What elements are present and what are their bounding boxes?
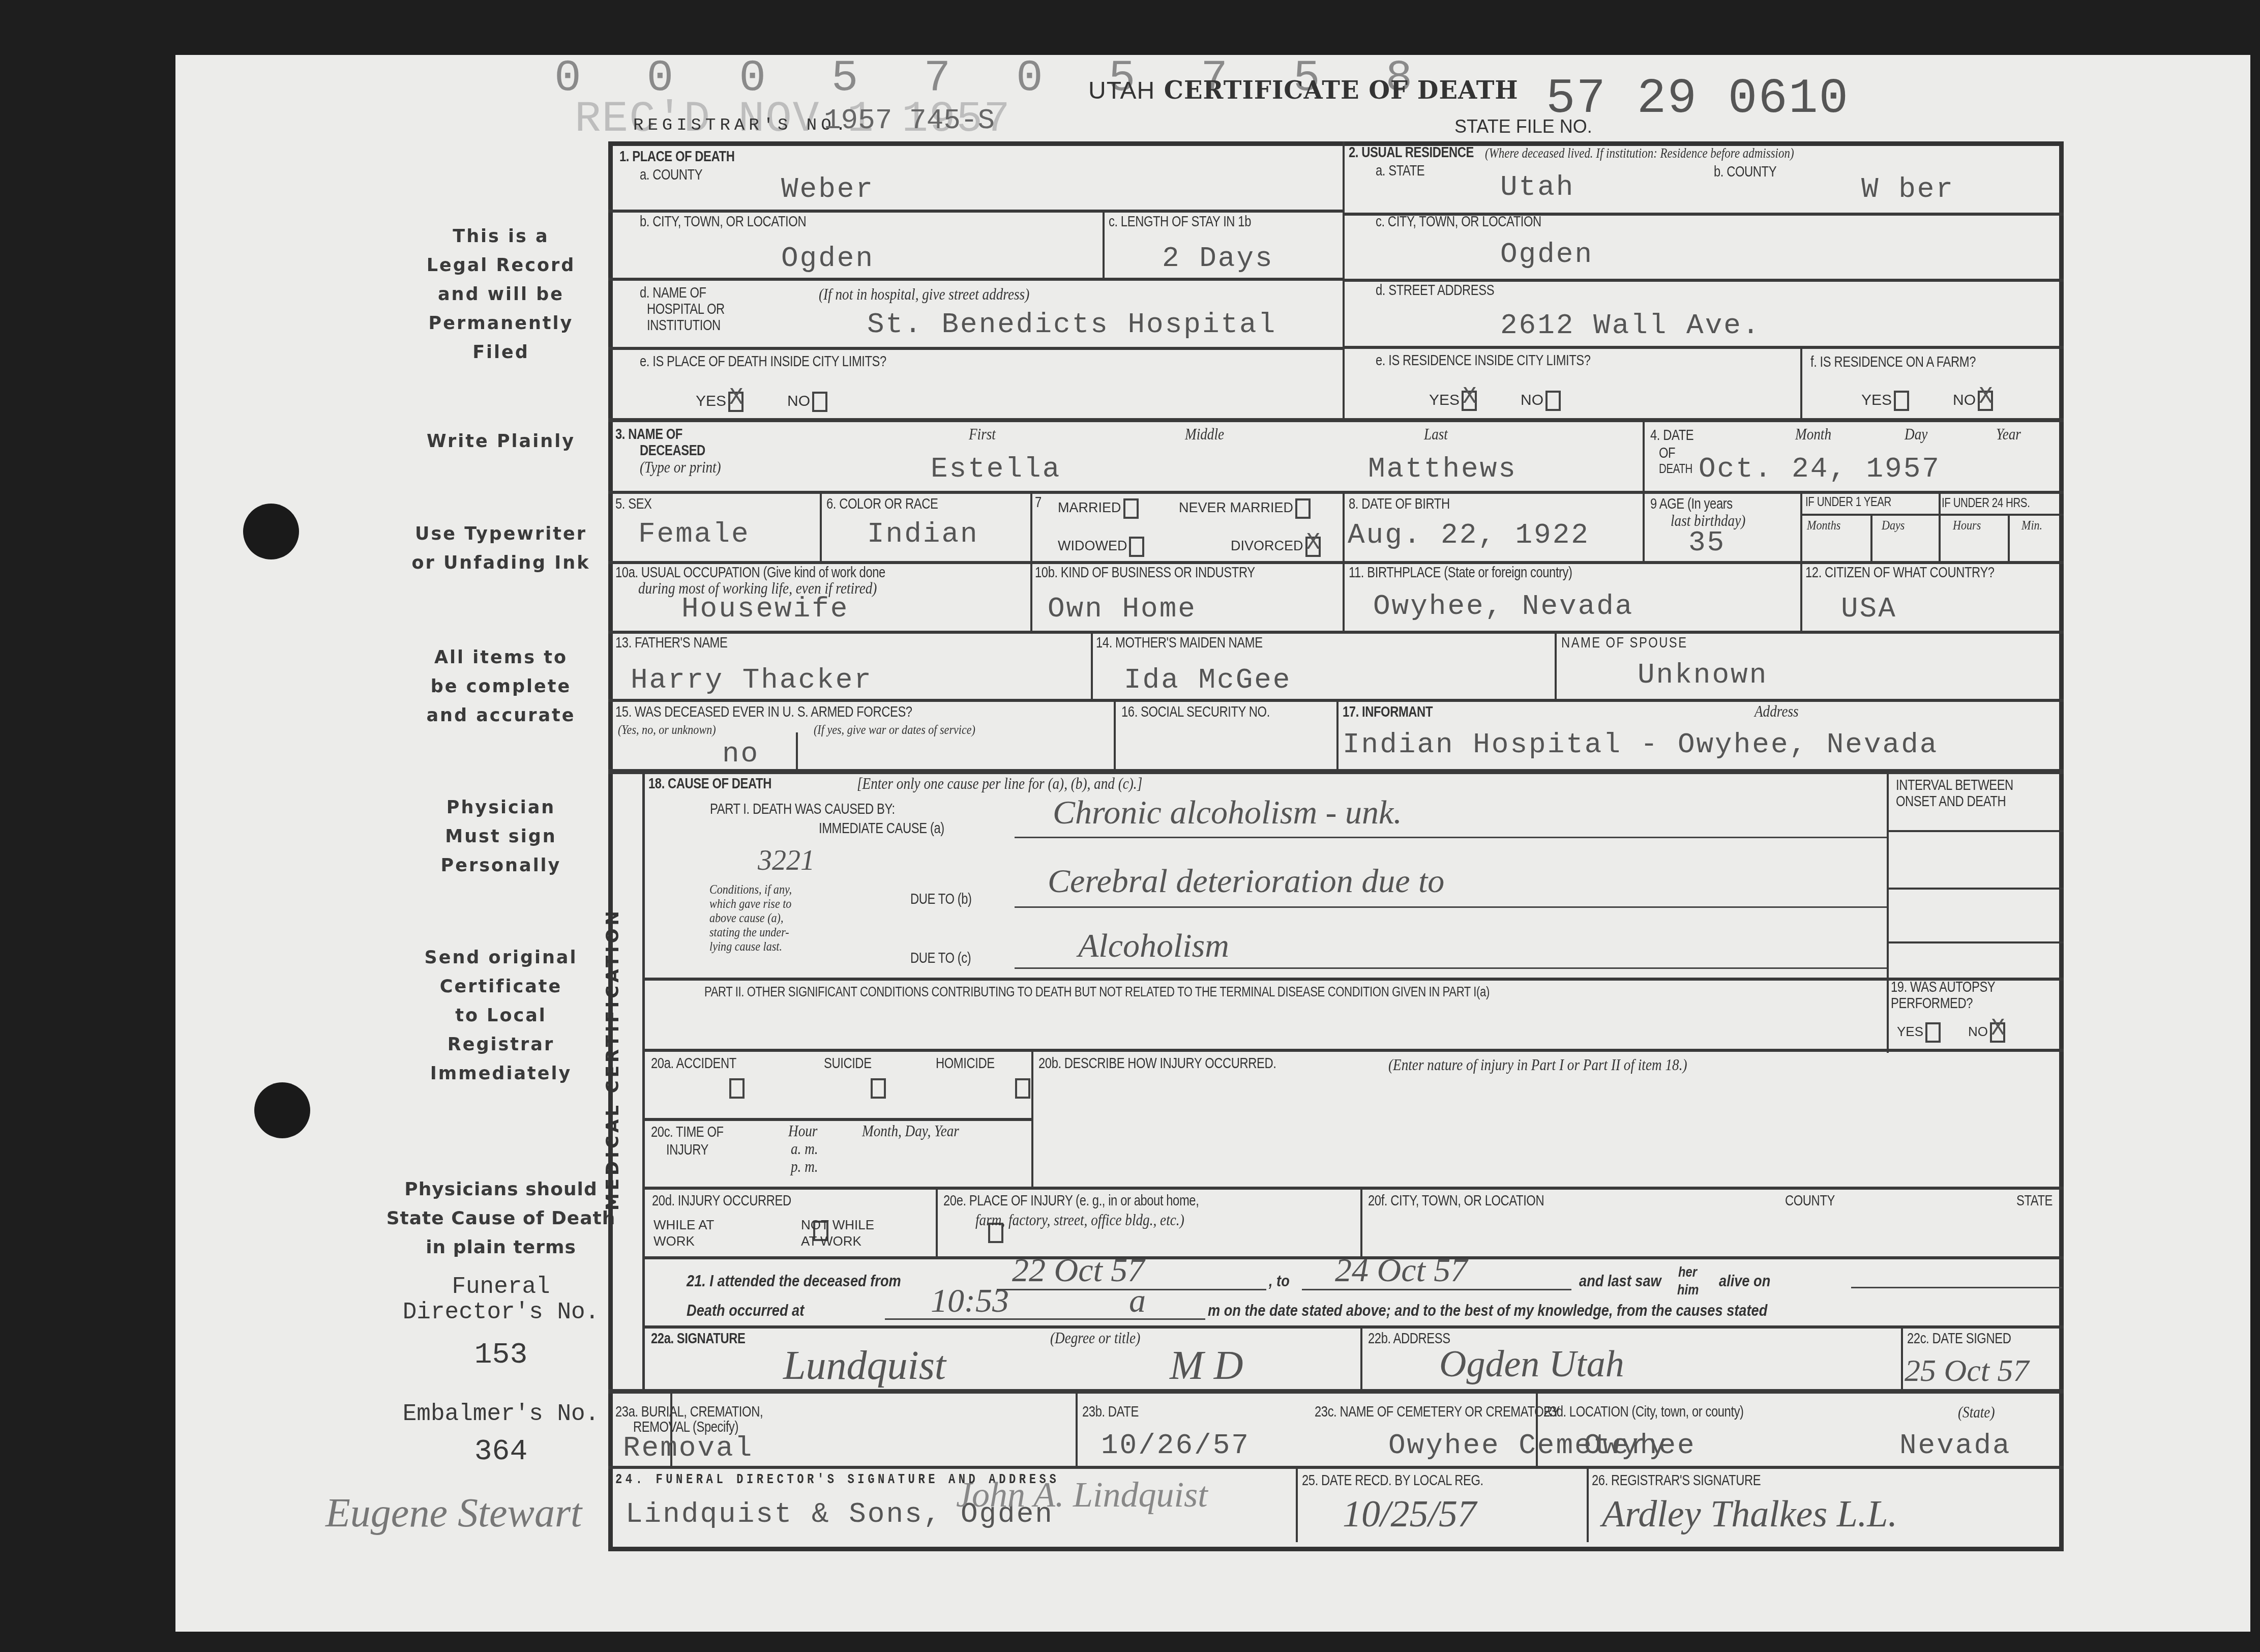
part1-label: PART I. DEATH WAS CAUSED BY: [710,801,895,818]
yes-label: YES [696,393,726,409]
divider [608,418,2064,422]
race[interactable]: Indian [867,518,979,550]
armed-forces[interactable]: no [722,737,759,770]
days-label: Days [1882,518,1905,533]
due-to-c[interactable]: Alcoholism [1078,927,1229,965]
checkbox[interactable] [1295,498,1311,519]
accident-checkbox[interactable] [729,1078,745,1099]
divider [1360,1187,1362,1258]
citizen-label: 12. CITIZEN OF WHAT COUNTRY? [1805,565,1995,581]
underline [1015,906,1887,908]
divider [1901,1325,1903,1392]
death-county[interactable]: Weber [781,173,874,205]
checkbox[interactable] [812,392,827,412]
cause-hint: [Enter only one cause per line for (a), … [857,774,1142,793]
divider [1343,279,2064,282]
informant-address-label: Address [1755,702,1799,721]
death-inside-limits-label: e. IS PLACE OF DEATH INSIDE CITY LIMITS? [640,353,886,370]
attended-from[interactable]: 22 Oct 57 [1012,1251,1144,1290]
divider [796,732,798,772]
spouse-name[interactable]: Unknown [1638,659,1768,691]
first-name[interactable]: Estella [931,453,1061,485]
checkbox[interactable] [1545,391,1561,411]
signature-label: 22a. SIGNATURE [651,1331,745,1347]
burial-state[interactable]: Nevada [1899,1429,2011,1462]
divider [2008,514,2010,562]
checkbox-checked[interactable] [1978,391,1993,411]
divorced-label: DIVORCED [1231,538,1303,553]
divider [608,347,1343,350]
divider [608,210,1343,213]
attended-to[interactable]: 24 Oct 57 [1335,1251,1467,1290]
divider [608,769,2064,774]
death-inside-limits-no[interactable]: NO [787,392,827,412]
birthplace-label: 11. BIRTHPLACE (State or foreign country… [1349,565,1572,581]
due-to-c-label: DUE TO (c) [910,950,971,967]
death-occurred-label: Death occurred at [687,1301,804,1320]
date-signed-label: 22c. DATE SIGNED [1907,1331,2011,1347]
time-of-injury-label: INJURY [666,1142,708,1159]
ssn-label: 16. SOCIAL SECURITY NO. [1121,704,1270,721]
month-label: Month [1795,425,1831,444]
armed-forces-service-hint: (If yes, give war or dates of service) [814,722,975,737]
alive-on-label: alive on [1719,1272,1770,1290]
part2-label: PART II. OTHER SIGNIFICANT CONDITIONS CO… [704,984,1490,1000]
autopsy-label: 19. WAS AUTOPSY PERFORMED? [1891,979,1995,1012]
registrar-no-label: REGISTRAR'S NO. [633,116,850,135]
state-file-label: STATE FILE NO. [1454,116,1592,137]
date-of-death-label: OF [1659,445,1675,462]
injury-county-label: COUNTY [1785,1193,1835,1209]
immediate-cause-label: IMMEDIATE CAUSE (a) [819,820,944,837]
checkbox-checked[interactable] [1305,537,1321,557]
divider [1091,631,1093,699]
date-of-death-label: 4. DATE [1650,427,1693,444]
informant[interactable]: Indian Hospital - Owyhee, Nevada [1343,728,1938,761]
married-label: MARRIED [1058,500,1121,515]
accident-label: 20a. ACCIDENT [651,1055,736,1072]
death-city[interactable]: Ogden [781,242,874,275]
divider [1643,491,1645,562]
autopsy-no[interactable]: NO [1968,1022,2005,1043]
not-while-at-work-label: NOT WHILE AT WORK [801,1217,874,1249]
death-statement: m on the date stated above; and to the b… [1208,1301,1767,1320]
divider [1643,420,1645,494]
divider [1887,772,1889,1053]
divider [1800,514,2064,516]
divider [608,561,2064,564]
residence-county-label: b. COUNTY [1714,164,1776,181]
funeral-director-signature[interactable]: John A. Lindquist [956,1475,1208,1516]
underline [1015,837,1887,838]
divider [642,1325,2064,1329]
yes-label: YES [1429,392,1460,408]
checkbox[interactable] [1925,1022,1941,1043]
sex[interactable]: Female [638,518,750,550]
time-of-injury-label: 20c. TIME OF [651,1124,724,1141]
race-label: 6. COLOR OR RACE [826,496,938,513]
death-time[interactable]: 10:53 [931,1282,1009,1320]
mother-label: 14. MOTHER'S MAIDEN NAME [1096,635,1263,652]
physician-address-label: 22b. ADDRESS [1368,1331,1450,1347]
physician-address[interactable]: Ogden Utah [1439,1343,1624,1386]
divider [1887,830,2064,832]
last-saw-label: and last saw [1579,1272,1661,1290]
farm-yes[interactable]: YES [1861,391,1909,411]
registrar-signature-label: 26. REGISTRAR'S SIGNATURE [1592,1472,1761,1489]
informant-label: 17. INFORMANT [1343,704,1433,721]
divider [1360,1325,1362,1392]
residence-city-label: c. CITY, TOWN, OR LOCATION [1376,214,1541,230]
hospital-name[interactable]: St. Benedicts Hospital [867,308,1276,341]
embalmer-signature: Eugene Stewart [325,1490,582,1537]
day-label: Day [1905,425,1927,444]
hospital-hint: (If not in hospital, give street address… [819,285,1029,304]
death-ampm[interactable]: a [1129,1282,1146,1320]
divider [1296,1466,1298,1542]
burial-date[interactable]: 10/26/57 [1101,1429,1250,1462]
date-signed[interactable]: 25 Oct 57 [1905,1353,2029,1389]
name-label: 3. NAME OF [615,426,682,443]
punch-hole [243,504,299,559]
place-of-injury-hint: farm, factory, street, office bldg., etc… [975,1211,1184,1229]
widowed-option[interactable]: WIDOWED [1058,537,1144,557]
cause-label: 18. CAUSE OF DEATH [648,776,771,792]
divider [642,1049,2064,1052]
yes-label: YES [1861,392,1892,408]
date-received-label: 25. DATE RECD. BY LOCAL REG. [1302,1472,1483,1489]
suicide-checkbox[interactable] [871,1078,886,1099]
cemetery-label: 23c. NAME OF CEMETERY OR CREMATORY [1315,1404,1560,1421]
divider [820,491,822,562]
stay-label: c. LENGTH OF STAY IN 1b [1109,214,1251,230]
first-label: First [969,425,996,444]
no-label: NO [787,393,810,409]
no-label: NO [1521,392,1543,408]
immediate-cause[interactable]: Chronic alcoholism - unk. [1053,793,1402,832]
burial-state-label: (State) [1958,1403,1995,1422]
hospital-label: HOSPITAL OR [647,301,725,318]
injury-city-label: 20f. CITY, TOWN, OR LOCATION [1368,1193,1544,1209]
city-label: b. CITY, TOWN, OR LOCATION [640,214,806,230]
no-label: NO [1953,392,1976,408]
checkbox[interactable] [1123,498,1139,519]
name-hint: (Type or print) [640,458,721,477]
divider [1103,210,1105,278]
punch-hole [254,1082,310,1138]
divorced-option[interactable]: DIVORCED [1231,537,1321,557]
certificate-title: UTAH CERTIFICATE OF DEATH [1088,76,1519,105]
checkbox[interactable] [1894,391,1909,411]
physician-degree[interactable]: M D [1170,1343,1243,1389]
divider [1076,1394,1078,1467]
burial-date-label: 23b. DATE [1082,1404,1139,1421]
homicide-label: HOMICIDE [936,1055,995,1072]
attended-to-label: , to [1269,1272,1290,1290]
no-label: NO [1968,1024,1988,1039]
hospital-label: INSTITUTION [647,317,721,334]
divider [1114,699,1116,770]
divider [642,772,645,1389]
never-married-label: NEVER MARRIED [1179,500,1293,515]
hours-label: Hours [1953,518,1981,533]
middle-label: Middle [1185,425,1224,444]
length-of-stay[interactable]: 2 Days [1162,242,1274,275]
divider [1555,631,1557,699]
place-of-death-label: 1. PLACE OF DEATH [619,149,734,165]
armed-forces-hint: (Yes, no, or unknown) [618,722,716,737]
underline [1851,1287,2062,1288]
street-label: d. STREET ADDRESS [1376,282,1494,299]
degree-label: (Degree or title) [1050,1329,1140,1347]
title-main: CERTIFICATE OF DEATH [1164,76,1519,105]
homicide-checkbox[interactable] [1015,1078,1030,1099]
conditions-hint: Conditions, if any, which gave rise to a… [709,882,792,954]
months-label: Months [1807,518,1840,533]
divider [1800,346,1802,421]
divider [1030,491,1032,562]
divider [608,1389,2064,1394]
under-24-hours-label: IF UNDER 24 HRS. [1942,496,2030,511]
date-received[interactable]: 10/25/57 [1343,1493,1476,1536]
sex-label: 5. SEX [615,496,652,513]
title-prefix: UTAH [1088,77,1155,104]
divider [608,278,1343,281]
autopsy-yes[interactable]: YES [1897,1022,1941,1043]
divider [1887,941,2064,943]
state-label: a. STATE [1376,163,1424,180]
widowed-label: WIDOWED [1058,538,1127,553]
divider [1587,1466,1589,1542]
divider [1031,1049,1033,1188]
never-married-option[interactable]: NEVER MARRIED [1179,498,1311,519]
divider [1870,514,1872,562]
injury-state-label: STATE [2016,1193,2053,1209]
registrar-signature[interactable]: Ardley Thalkes L.L. [1602,1493,1897,1536]
him-label: him [1677,1282,1699,1298]
minutes-label: Min. [2021,518,2042,533]
county-label: a. COUNTY [640,167,702,184]
interval-label: INTERVAL BETWEEN ONSET AND DEATH [1896,777,2013,810]
due-to-b-label: DUE TO (b) [910,891,972,908]
farm-label: f. IS RESIDENCE ON A FARM? [1810,354,1976,371]
date-of-death[interactable]: Oct. 24, 1957 [1699,453,1941,485]
divider [608,699,2064,702]
street-address[interactable]: 2612 Wall Ave. [1500,309,1761,342]
residence-inside-limits-yes[interactable]: YES [1429,391,1477,411]
name-label: DECEASED [640,442,705,459]
describe-injury-label: 20b. DESCRIBE HOW INJURY OCCURRED. [1038,1055,1276,1072]
attended-label: 21. I attended the deceased from [687,1272,901,1290]
business[interactable]: Own Home [1048,593,1197,625]
age[interactable]: 35 [1688,526,1726,559]
year-label: Year [1996,425,2021,444]
dob-label: 8. DATE OF BIRTH [1349,496,1450,513]
divider [642,978,2064,981]
her-label: her [1678,1264,1697,1280]
spouse-label: NAME OF SPOUSE [1561,635,1687,652]
residence-hint: (Where deceased lived. If institution: R… [1485,145,1794,161]
disposition-label: 23a. BURIAL, CREMATION, [615,1404,763,1421]
registrar-no: 1957 745-S [824,104,995,137]
cause-code: 3221 [758,844,815,877]
burial-location-label: 23d. LOCATION (City, town, or county) [1543,1404,1744,1421]
checkbox-checked[interactable] [1462,391,1477,411]
checkbox-checked[interactable] [728,392,744,412]
place-of-injury-label: 20e. PLACE OF INJURY (e. g., in or about… [943,1193,1199,1209]
hospital-label: d. NAME OF [640,285,706,302]
occupation[interactable]: Housewife [681,593,849,625]
date-of-death-label: DEATH [1659,462,1692,477]
armed-forces-label: 15. WAS DECEASED EVER IN U. S. ARMED FOR… [615,704,912,721]
underline [1015,967,1887,969]
divider [1887,888,2064,890]
marital-number: 7 [1035,494,1042,511]
last-name[interactable]: Matthews [1368,453,1517,485]
father-name[interactable]: Harry Thacker [631,664,873,696]
divider [1343,346,2064,349]
while-at-work-label: WHILE AT WORK [653,1217,714,1249]
divider [1336,699,1339,770]
pm-label: p. m. [791,1157,818,1176]
residence-inside-limits-no[interactable]: NO [1521,391,1561,411]
mother-name[interactable]: Ida McGee [1124,664,1291,696]
describe-injury-hint: (Enter nature of injury in Part I or Par… [1388,1055,1687,1074]
checkbox-checked[interactable] [1990,1022,2005,1043]
death-certificate-form [608,141,2064,1551]
usual-residence-label: 2. USUAL RESIDENCE [1349,144,1474,161]
divider [1939,491,1941,562]
divider [1030,561,1032,632]
business-label: 10b. KIND OF BUSINESS OR INDUSTRY [1035,565,1255,581]
married-option[interactable]: MARRIED [1058,498,1139,519]
citizenship[interactable]: USA [1841,593,1897,625]
medical-certification-label: MEDICAL CERTIFICATION [603,908,623,1211]
suicide-label: SUICIDE [824,1055,872,1072]
divider [608,631,2064,634]
residence-city[interactable]: Ogden [1500,238,1593,271]
disposition[interactable]: Removal [623,1432,753,1464]
hour-label: Hour [788,1122,817,1140]
age-label: 9 AGE (In years [1650,496,1733,513]
checkbox[interactable] [1129,537,1144,557]
residence-county[interactable]: W ber [1861,173,1954,205]
residence-inside-limits-label: e. IS RESIDENCE INSIDE CITY LIMITS? [1376,352,1591,369]
am-label: a. m. [791,1139,818,1158]
yes-label: YES [1897,1024,1923,1039]
farm-no[interactable]: NO [1953,391,1993,411]
father-label: 13. FATHER'S NAME [615,635,727,652]
death-inside-limits-yes[interactable]: YES [696,392,744,412]
birthplace[interactable]: Owyhee, Nevada [1373,590,1633,623]
date-of-birth[interactable]: Aug. 22, 1922 [1348,519,1590,551]
divider [936,1187,938,1258]
divider [608,491,2064,494]
under-1-year-label: IF UNDER 1 YEAR [1805,495,1891,510]
divider [608,1466,2064,1469]
residence-state[interactable]: Utah [1500,171,1574,203]
burial-location[interactable]: Owyhee [1584,1429,1696,1462]
month-day-year-label: Month, Day, Year [862,1122,959,1140]
divider [642,1118,1031,1121]
divider [642,1187,2064,1190]
last-label: Last [1424,425,1448,444]
injury-occurred-label: 20d. INJURY OCCURRED [652,1193,791,1209]
physician-signature[interactable]: Lundquist [783,1343,946,1389]
due-to-b[interactable]: Cerebral deterioration due to [1048,862,1444,901]
